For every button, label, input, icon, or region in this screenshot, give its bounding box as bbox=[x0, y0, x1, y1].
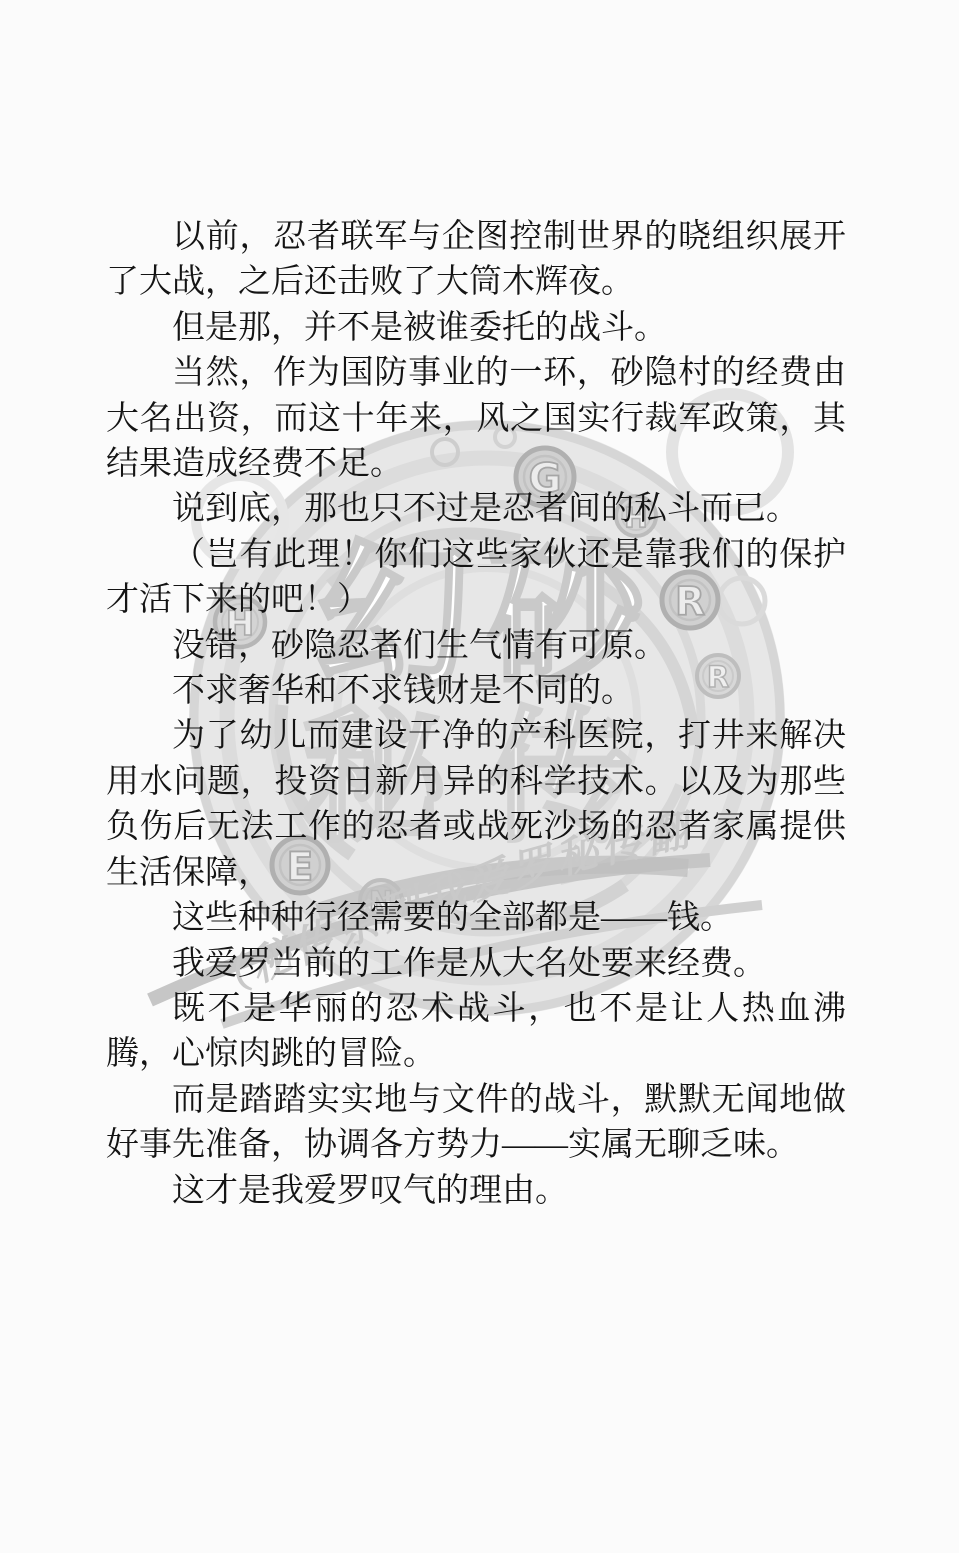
paragraph: 而是踏踏实实地与文件的战斗，默默无闻地做好事先准备，协调各方势力——实属无聊乏味… bbox=[106, 1078, 846, 1169]
paragraph: （岂有此理！你们这些家伙还是靠我们的保护才活下来的吧！） bbox=[106, 533, 846, 624]
paragraph: 但是那，并不是被谁委托的战斗。 bbox=[106, 306, 846, 351]
novel-text: 以前，忍者联军与企图控制世界的晓组织展开了大战，之后还击败了大筒木辉夜。但是那，… bbox=[106, 215, 846, 1214]
paragraph: 以前，忍者联军与企图控制世界的晓组织展开了大战，之后还击败了大筒木辉夜。 bbox=[106, 215, 846, 306]
paragraph: 说到底，那也只不过是忍者间的私斗而已。 bbox=[106, 487, 846, 532]
paragraph: 当然，作为国防事业的一环，砂隐村的经费由大名出资，而这十年来，风之国实行裁军政策… bbox=[106, 351, 846, 487]
paragraph: 既不是华丽的忍术战斗，也不是让人热血沸腾，心惊肉跳的冒险。 bbox=[106, 987, 846, 1078]
novel-page: 幻砂 秘传 G H R R bbox=[0, 0, 959, 1553]
paragraph: 为了幼儿而建设干净的产科医院，打井来解决用水问题，投资日新月异的科学技术。以及为… bbox=[106, 714, 846, 896]
paragraph: 我爱罗当前的工作是从大名处要来经费。 bbox=[106, 942, 846, 987]
paragraph: 没错，砂隐忍者们生气情有可原。 bbox=[106, 624, 846, 669]
paragraph: 这才是我爱罗叹气的理由。 bbox=[106, 1169, 846, 1214]
paragraph: 不求奢华和不求钱财是不同的。 bbox=[106, 669, 846, 714]
paragraph: 这些种种行径需要的全部都是——钱。 bbox=[106, 896, 846, 941]
